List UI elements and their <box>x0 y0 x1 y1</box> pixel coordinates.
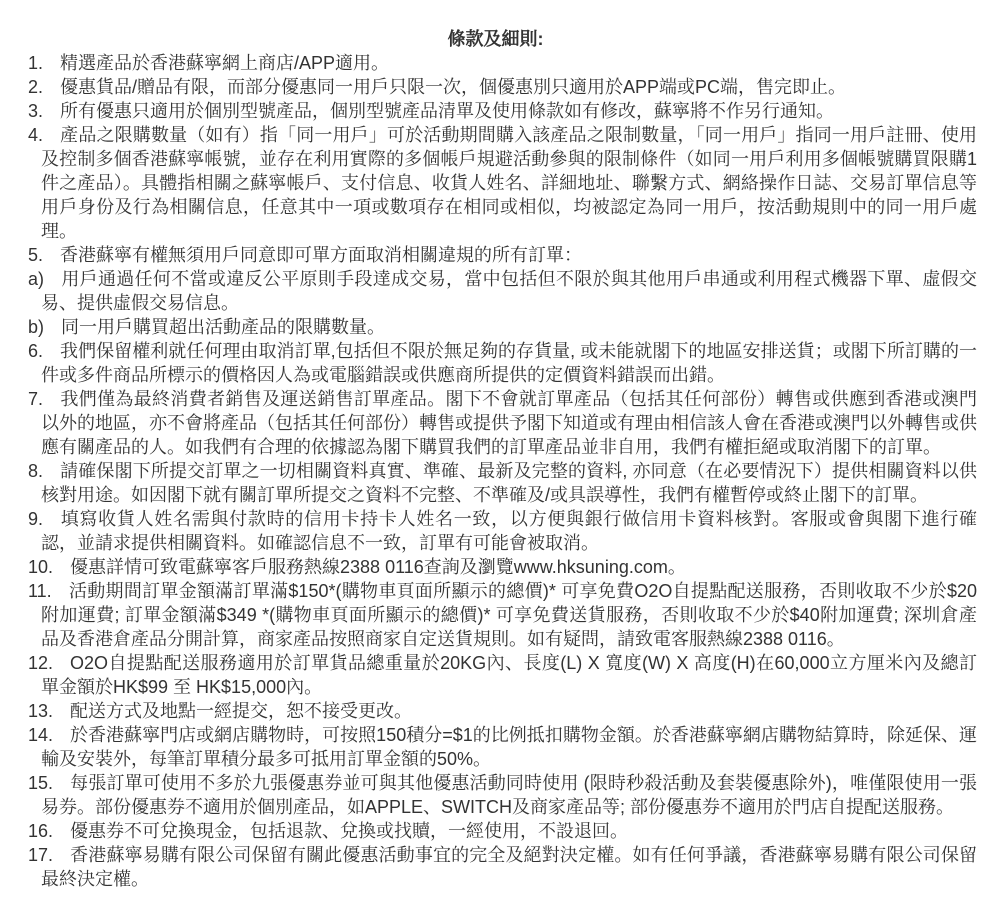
term-item-1: 1.精選產品於香港蘇寧網上商店/APP適用。 <box>14 51 977 75</box>
term-item-5: 5.香港蘇寧有權無須用戶同意即可單方面取消相關違規的所有訂單： <box>14 243 977 267</box>
term-text: 活動期間訂單金額滿訂單滿$150*(購物車頁面所顯示的總價)* 可享免費O2O自… <box>41 581 977 649</box>
term-item-15: 15.每張訂單可使用不多於九張優惠券並可與其他優惠活動同時使用 (限時秒殺活動及… <box>14 771 977 819</box>
term-marker: 15. <box>28 773 70 793</box>
term-text: 香港蘇寧有權無須用戶同意即可單方面取消相關違規的所有訂單： <box>60 245 582 265</box>
term-text: 我們保留權利就任何理由取消訂單,包括但不限於無足夠的存貨量, 或未能就閣下的地區… <box>41 341 977 385</box>
term-marker: 5. <box>28 245 60 265</box>
term-text: 配送方式及地點一經提交，恕不接受更改。 <box>70 701 412 721</box>
term-marker: a) <box>28 269 61 289</box>
term-marker: 1. <box>28 53 60 73</box>
term-item-5a: a)用戶通過任何不當或違反公平原則手段達成交易，當中包括但不限於與其他用戶串通或… <box>14 267 977 315</box>
term-text: 精選產品於香港蘇寧網上商店/APP適用。 <box>60 53 389 73</box>
term-marker: 2. <box>28 77 60 97</box>
term-item-10: 10.優惠詳情可致電蘇寧客戶服務熱線2388 0116查詢及瀏覽www.hksu… <box>14 555 977 579</box>
term-text: 產品之限購數量（如有）指「同一用戶」可於活動期間購入該產品之限制數量，「同一用戶… <box>41 125 977 241</box>
term-marker: 4. <box>28 125 60 145</box>
term-text: 請確保閣下所提交訂單之一切相關資料真實、準確、最新及完整的資料, 亦同意（在必要… <box>41 461 977 505</box>
terms-and-conditions-page: 條款及細則: 1.精選產品於香港蘇寧網上商店/APP適用。 2.優惠貨品/贈品有… <box>0 0 990 891</box>
term-item-9: 9.填寫收貨人姓名需與付款時的信用卡持卡人姓名一致，以方便與銀行做信用卡資料核對… <box>14 507 977 555</box>
term-marker: 13. <box>28 701 70 721</box>
page-title: 條款及細則: <box>14 27 977 51</box>
term-marker: 11. <box>28 581 69 601</box>
term-text: 優惠貨品/贈品有限，而部分優惠同一用戶只限一次，個優惠別只適用於APP端或PC端… <box>60 77 846 97</box>
term-text: 每張訂單可使用不多於九張優惠券並可與其他優惠活動同時使用 (限時秒殺活動及套裝優… <box>41 773 977 817</box>
term-text: 優惠詳情可致電蘇寧客戶服務熱線2388 0116查詢及瀏覽www.hksunin… <box>70 557 686 577</box>
term-text: 填寫收貨人姓名需與付款時的信用卡持卡人姓名一致，以方便與銀行做信用卡資料核對。客… <box>41 509 977 553</box>
term-text: 優惠券不可兌換現金，包括退款、兌換或找贖，一經使用，不設退回。 <box>70 821 628 841</box>
term-marker: 16. <box>28 821 70 841</box>
term-item-16: 16.優惠券不可兌換現金，包括退款、兌換或找贖，一經使用，不設退回。 <box>14 819 977 843</box>
term-text: 於香港蘇寧門店或網店購物時，可按照150積分=$1的比例抵扣購物金額。於香港蘇寧… <box>41 725 977 769</box>
term-item-17: 17.香港蘇寧易購有限公司保留有關此優惠活動事宜的完全及絕對決定權。如有任何爭議… <box>14 843 977 891</box>
term-marker: 12. <box>28 653 70 673</box>
term-item-2: 2.優惠貨品/贈品有限，而部分優惠同一用戶只限一次，個優惠別只適用於APP端或P… <box>14 75 977 99</box>
term-marker: 10. <box>28 557 70 577</box>
term-text: O2O自提點配送服務適用於訂單貨品總重量於20KG內、長度(L) X 寬度(W)… <box>41 653 977 697</box>
term-item-7: 7.我們僅為最終消費者銷售及運送銷售訂單產品。閣下不會就訂單產品（包括其任何部份… <box>14 387 977 459</box>
term-item-8: 8.請確保閣下所提交訂單之一切相關資料真實、準確、最新及完整的資料, 亦同意（在… <box>14 459 977 507</box>
term-item-5b: b)同一用戶購買超出活動產品的限購數量。 <box>14 315 977 339</box>
term-text: 我們僅為最終消費者銷售及運送銷售訂單產品。閣下不會就訂單產品（包括其任何部份）轉… <box>41 389 977 457</box>
term-item-11: 11.活動期間訂單金額滿訂單滿$150*(購物車頁面所顯示的總價)* 可享免費O… <box>14 579 977 651</box>
term-marker: 9. <box>28 509 60 529</box>
term-text: 用戶通過任何不當或違反公平原則手段達成交易，當中包括但不限於與其他用戶串通或利用… <box>41 269 977 313</box>
term-marker: 3. <box>28 101 60 121</box>
term-marker: 6. <box>28 341 60 361</box>
term-item-13: 13.配送方式及地點一經提交，恕不接受更改。 <box>14 699 977 723</box>
term-marker: 14. <box>28 725 70 745</box>
term-marker: 17. <box>28 845 70 865</box>
term-marker: 7. <box>28 389 60 409</box>
term-item-14: 14.於香港蘇寧門店或網店購物時，可按照150積分=$1的比例抵扣購物金額。於香… <box>14 723 977 771</box>
term-marker: 8. <box>28 461 60 481</box>
term-text: 所有優惠只適用於個別型號產品，個別型號產品清單及使用條款如有修改，蘇寧將不作另行… <box>60 101 834 121</box>
term-item-4: 4.產品之限購數量（如有）指「同一用戶」可於活動期間購入該產品之限制數量，「同一… <box>14 123 977 243</box>
term-text: 香港蘇寧易購有限公司保留有關此優惠活動事宜的完全及絕對決定權。如有任何爭議，香港… <box>41 845 977 889</box>
term-item-3: 3.所有優惠只適用於個別型號產品，個別型號產品清單及使用條款如有修改，蘇寧將不作… <box>14 99 977 123</box>
terms-list: 1.精選產品於香港蘇寧網上商店/APP適用。 2.優惠貨品/贈品有限，而部分優惠… <box>14 51 977 891</box>
term-item-12: 12.O2O自提點配送服務適用於訂單貨品總重量於20KG內、長度(L) X 寬度… <box>14 651 977 699</box>
term-text: 同一用戶購買超出活動產品的限購數量。 <box>61 317 385 337</box>
term-item-6: 6.我們保留權利就任何理由取消訂單,包括但不限於無足夠的存貨量, 或未能就閣下的… <box>14 339 977 387</box>
term-marker: b) <box>28 317 61 337</box>
